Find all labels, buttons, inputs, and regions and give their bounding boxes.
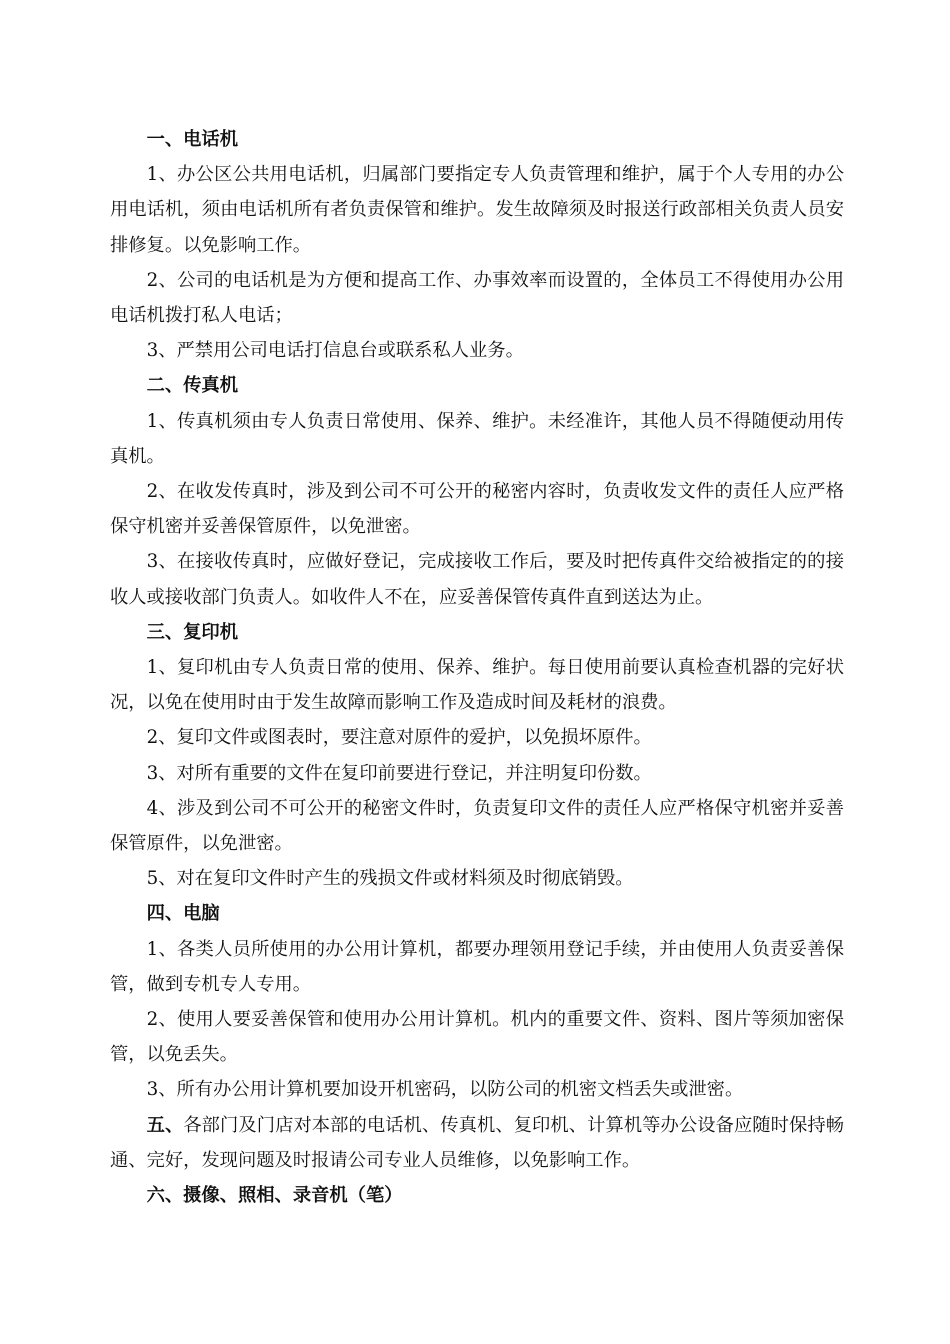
fax-rule-1: 1、传真机须由专人负责日常使用、保养、维护。未经准许，其他人员不得随便动用传真机… — [110, 404, 844, 474]
computer-rule-2: 2、使用人要妥善保管和使用办公用计算机。机内的重要文件、资料、图片等须加密保管，… — [110, 1002, 844, 1072]
computer-rule-3: 3、所有办公用计算机要加设开机密码，以防公司的机密文档丢失或泄密。 — [110, 1072, 844, 1107]
fax-rule-2: 2、在收发传真时，涉及到公司不可公开的秘密内容时，负责收发文件的责任人应严格保守… — [110, 474, 844, 544]
copier-rule-3: 3、对所有重要的文件在复印前要进行登记，并注明复印份数。 — [110, 756, 844, 791]
section-5-paragraph: 五、各部门及门店对本部的电话机、传真机、复印机、计算机等办公设备应随时保持畅通、… — [110, 1108, 844, 1178]
section-5-text: 各部门及门店对本部的电话机、传真机、复印机、计算机等办公设备应随时保持畅通、完好… — [110, 1115, 844, 1171]
section-heading-copier: 三、复印机 — [110, 615, 844, 650]
copier-rule-1: 1、复印机由专人负责日常的使用、保养、维护。每日使用前要认真检查机器的完好状况，… — [110, 650, 844, 720]
copier-rule-2: 2、复印文件或图表时，要注意对原件的爱护，以免损坏原件。 — [110, 720, 844, 755]
section-heading-computer: 四、电脑 — [110, 896, 844, 931]
telephone-rule-1: 1、办公区公共用电话机，归属部门要指定专人负责管理和维护，属于个人专用的办公用电… — [110, 157, 844, 263]
section-heading-fax: 二、传真机 — [110, 368, 844, 403]
copier-rule-5: 5、对在复印文件时产生的残损文件或材料须及时彻底销毁。 — [110, 861, 844, 896]
copier-rule-4: 4、涉及到公司不可公开的秘密文件时，负责复印文件的责任人应严格保守机密并妥善保管… — [110, 791, 844, 861]
section-heading-recording-devices: 六、摄像、照相、录音机（笔） — [110, 1178, 844, 1213]
section-5-lead: 五、 — [147, 1115, 184, 1136]
telephone-rule-3: 3、严禁用公司电话打信息台或联系私人业务。 — [110, 333, 844, 368]
fax-rule-3: 3、在接收传真时，应做好登记，完成接收工作后，要及时把传真件交给被指定的的接收人… — [110, 544, 844, 614]
section-heading-telephone: 一、电话机 — [110, 122, 844, 157]
computer-rule-1: 1、各类人员所使用的办公用计算机，都要办理领用登记手续，并由使用人负责妥善保管，… — [110, 932, 844, 1002]
document-page: 一、电话机 1、办公区公共用电话机，归属部门要指定专人负责管理和维护，属于个人专… — [110, 122, 844, 1213]
telephone-rule-2: 2、公司的电话机是为方便和提高工作、办事效率而设置的，全体员工不得使用办公用电话… — [110, 263, 844, 333]
